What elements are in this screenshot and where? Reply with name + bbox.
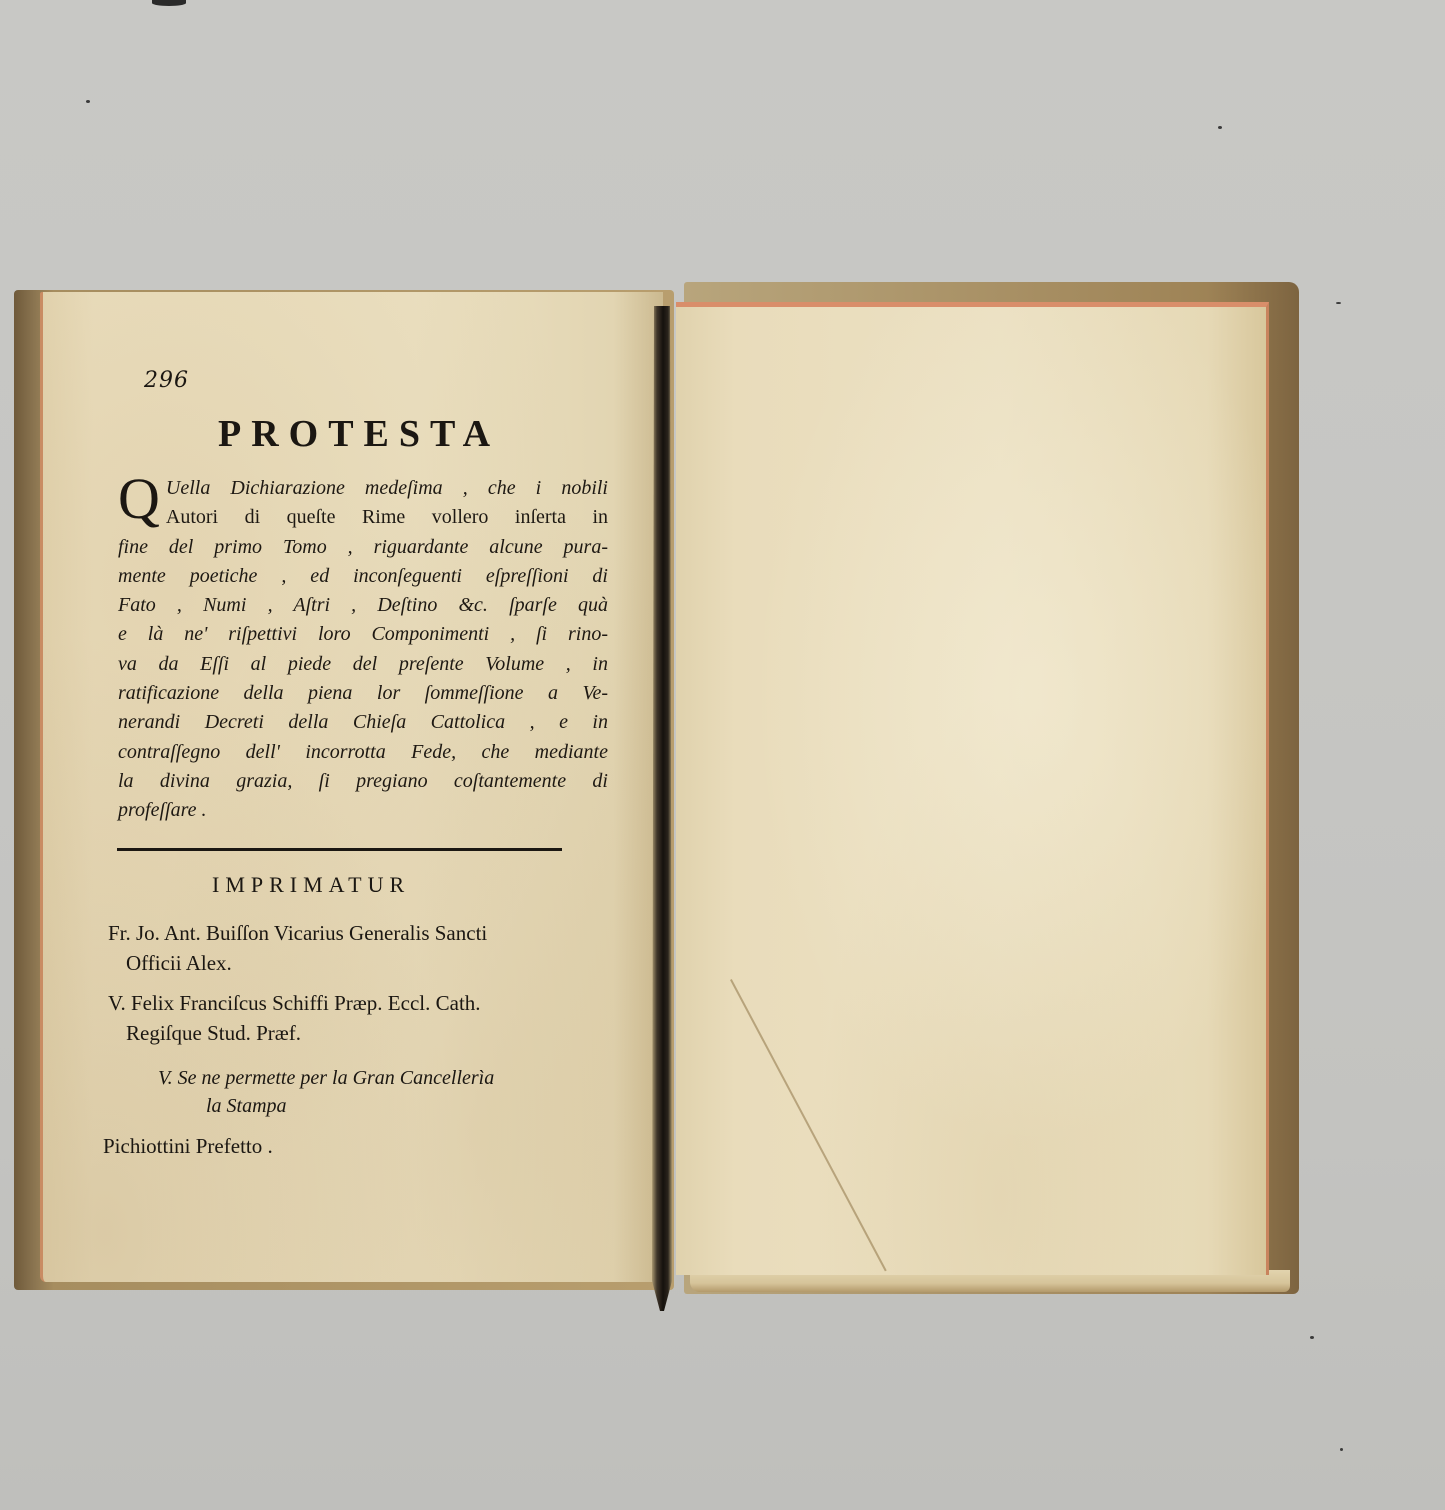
permission-line: V. Se ne permette per la Gran Cancellerì…	[158, 1064, 494, 1092]
background-smudge	[152, 0, 186, 6]
body-line: Fato , Numi , Aſtri , Deſtino &c. ſparſe…	[118, 591, 608, 620]
body-line: Uella Dichiarazione medeſima , che i nob…	[118, 474, 608, 503]
background-speck	[86, 100, 90, 103]
body-line: fine del primo Tomo , riguardante alcune…	[118, 533, 608, 562]
signature-line: Officii Alex.	[108, 948, 628, 978]
right-page-blank	[676, 302, 1269, 1275]
signature-line: V. Felix Franciſcus Schiffi Præp. Eccl. …	[108, 988, 628, 1018]
imprimatur-heading: IMPRIMATUR	[212, 872, 410, 898]
background-speck	[1218, 126, 1222, 129]
prefect-signature: Pichiottini Prefetto .	[103, 1134, 273, 1159]
protesta-body: Q Uella Dichiarazione medeſima , che i n…	[118, 474, 608, 826]
page-number: 296	[144, 368, 189, 393]
book-spine-gutter	[652, 306, 672, 1311]
body-line: Autori di queſte Rime vollero inſerta in	[118, 503, 608, 532]
signature-vicar: Fr. Jo. Ant. Buiſſon Vicarius Generalis …	[108, 918, 628, 978]
page-title: PROTESTA	[218, 412, 500, 456]
body-line: la divina grazia, ſi pregiano coſtanteme…	[118, 767, 608, 796]
permission-line: la Stampa	[158, 1092, 494, 1120]
drop-cap: Q	[118, 476, 160, 522]
signature-line: Regiſque Stud. Præf.	[108, 1018, 628, 1048]
background-speck	[1340, 1448, 1343, 1451]
background-speck	[1310, 1336, 1314, 1339]
body-line: nerandi Decreti della Chieſa Cattolica ,…	[118, 708, 608, 737]
signature-line: Fr. Jo. Ant. Buiſſon Vicarius Generalis …	[108, 918, 628, 948]
signature-provost: V. Felix Franciſcus Schiffi Præp. Eccl. …	[108, 988, 628, 1048]
body-line: contraſſegno dell' incorrotta Fede, che …	[118, 738, 608, 767]
body-line: e là ne' riſpettivi loro Componimenti , …	[118, 620, 608, 649]
body-line: profeſſare .	[118, 796, 608, 825]
printing-permission: V. Se ne permette per la Gran Cancellerì…	[158, 1064, 494, 1120]
body-line: ratificazione della piena lor ſommeſſion…	[118, 679, 608, 708]
body-line: va da Eſſi al piede del preſente Volume …	[118, 650, 608, 679]
body-line: mente poetiche , ed inconſeguenti eſpreſ…	[118, 562, 608, 591]
background-speck	[1336, 302, 1341, 304]
section-divider-rule	[117, 848, 562, 851]
